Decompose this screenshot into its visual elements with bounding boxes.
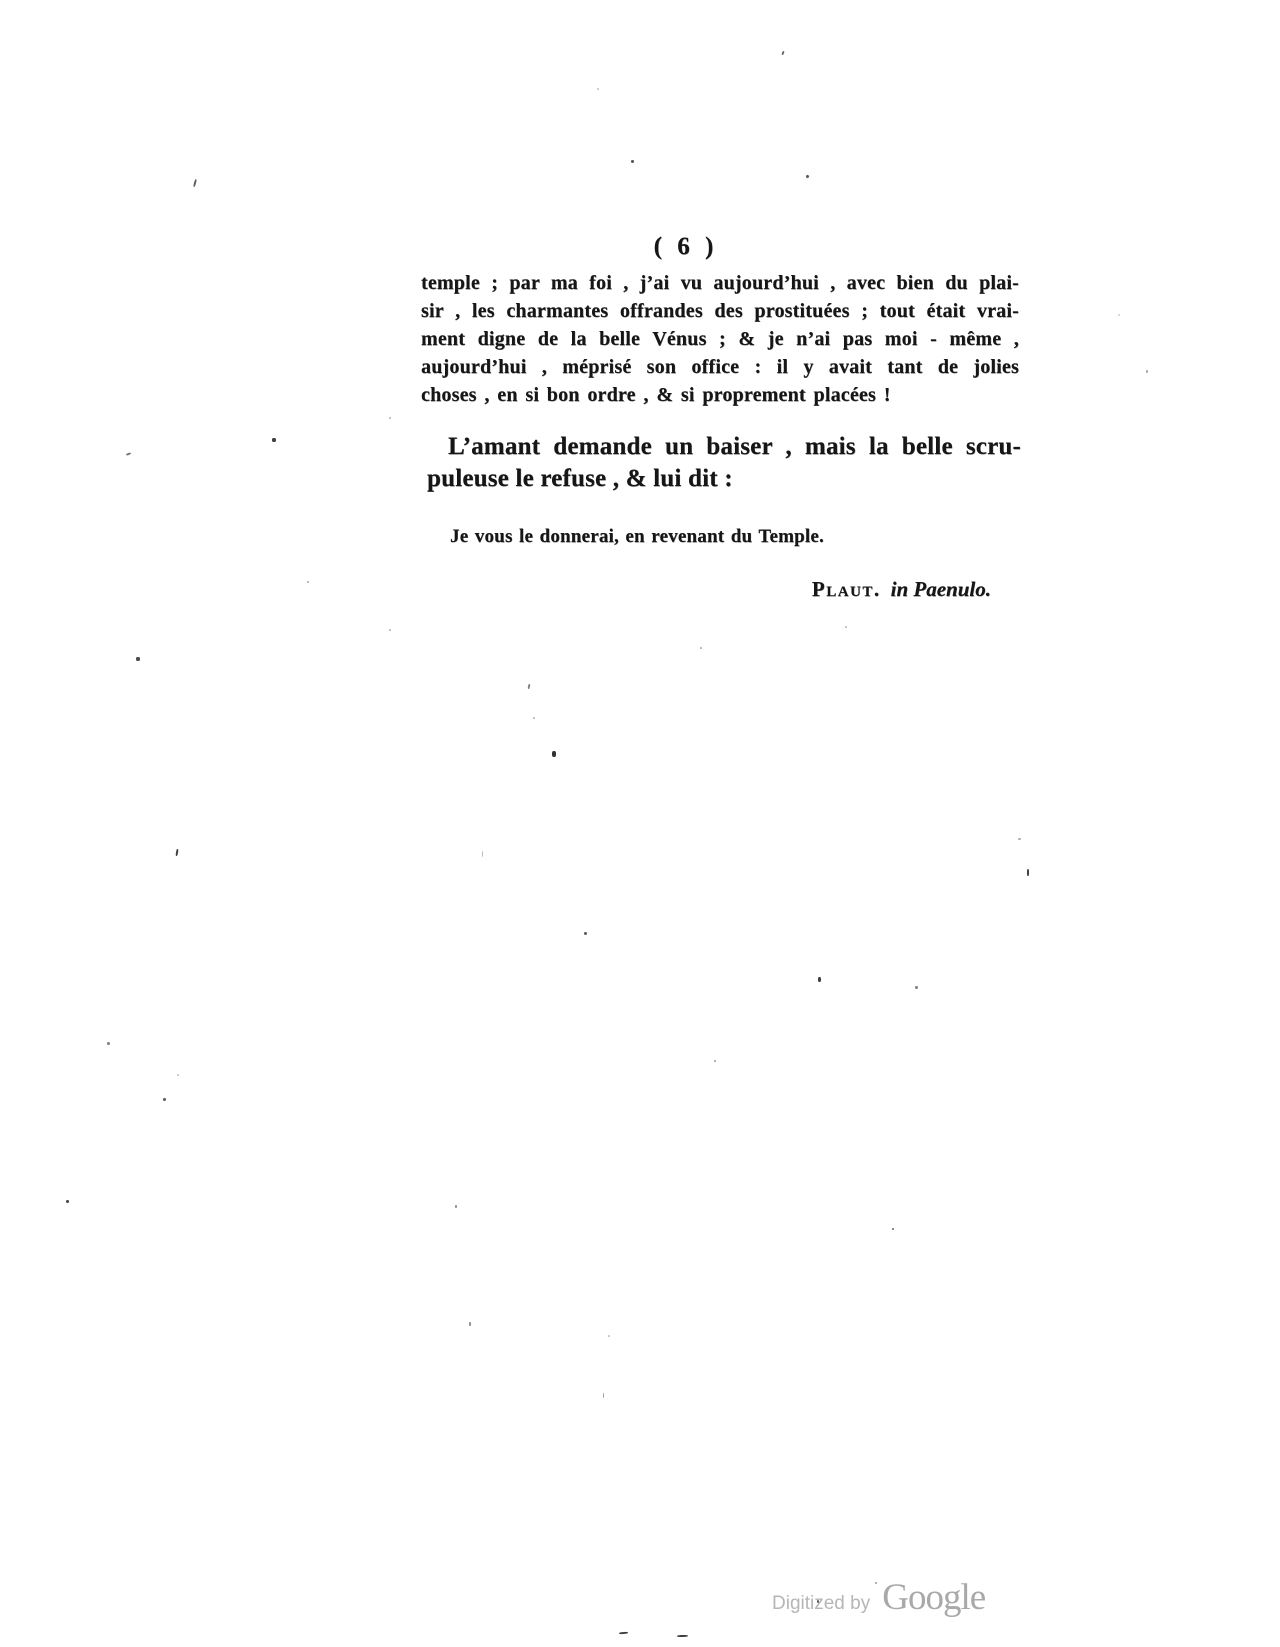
artifact-layer (0, 0, 1280, 1647)
scan-speck (552, 751, 556, 757)
narration-line: puleuse le refuse , & lui dit : (427, 463, 1021, 495)
scan-speck (455, 1205, 457, 1208)
page-number: ( 6 ) (654, 233, 715, 261)
scan-speck (805, 174, 809, 178)
digitized-by-label: Digitized by (772, 1593, 870, 1615)
prose-line: ment digne de la belle Vénus ; & je n’ai… (421, 325, 1019, 353)
attribution-work: in Paenulo. (891, 577, 991, 601)
scan-speck (677, 1635, 688, 1637)
scan-speck (469, 1322, 471, 1326)
scan-speck (533, 717, 535, 719)
scan-speck (603, 1393, 604, 1398)
attribution-author: Plaut. (812, 577, 881, 601)
prose-line: temple ; par ma foi , j’ai vu aujourd’hu… (421, 269, 1019, 297)
google-watermark: Digitized by Google (772, 1576, 985, 1619)
scan-speck (915, 986, 918, 989)
scan-speck (818, 977, 821, 982)
attribution: Plaut.in Paenulo. (421, 577, 991, 602)
scan-speck (781, 51, 784, 55)
scan-speck (528, 684, 531, 689)
scan-speck (482, 851, 483, 857)
scan-speck (136, 657, 140, 661)
scan-speck (1018, 838, 1021, 840)
scan-speck (619, 1632, 628, 1635)
scan-speck (389, 629, 391, 631)
scan-speck (631, 160, 634, 163)
prose-line: sir , les charmantes offrandes des prost… (421, 297, 1019, 325)
scan-speck (1146, 370, 1148, 373)
scan-speck (389, 417, 391, 419)
scanned-book-page: ( 6 ) temple ; par ma foi , j’ai vu aujo… (0, 0, 1280, 1647)
google-logo: Google (882, 1576, 985, 1619)
scan-speck (307, 581, 309, 583)
scan-speck (66, 1200, 69, 1203)
paragraph-narration: L’amant demande un baiser , mais la bell… (427, 431, 1021, 495)
prose-line: choses , en si bon ordre , & si propreme… (421, 381, 1019, 409)
scan-speck (714, 1060, 716, 1062)
paragraph-prose: temple ; par ma foi , j’ai vu aujourd’hu… (421, 269, 1019, 409)
scan-speck (177, 1074, 179, 1076)
scan-speck (163, 1098, 166, 1101)
scan-speck (584, 932, 587, 935)
quote-line: Je vous le donnerai, en revenant du Temp… (450, 526, 824, 548)
scan-speck (193, 179, 197, 187)
prose-line: aujourd’hui , méprisé son office : il y … (421, 353, 1019, 381)
narration-line: L’amant demande un baiser , mais la bell… (427, 431, 1021, 463)
scan-speck (700, 647, 702, 649)
scan-speck (892, 1228, 894, 1230)
scan-speck (272, 438, 276, 442)
scan-speck (126, 452, 131, 456)
scan-speck (106, 1041, 110, 1045)
scan-speck (608, 1335, 610, 1337)
scan-speck (1027, 869, 1029, 876)
scan-speck (1118, 314, 1120, 316)
scan-speck (597, 88, 599, 90)
scan-speck (845, 626, 847, 628)
scan-speck (175, 849, 178, 856)
